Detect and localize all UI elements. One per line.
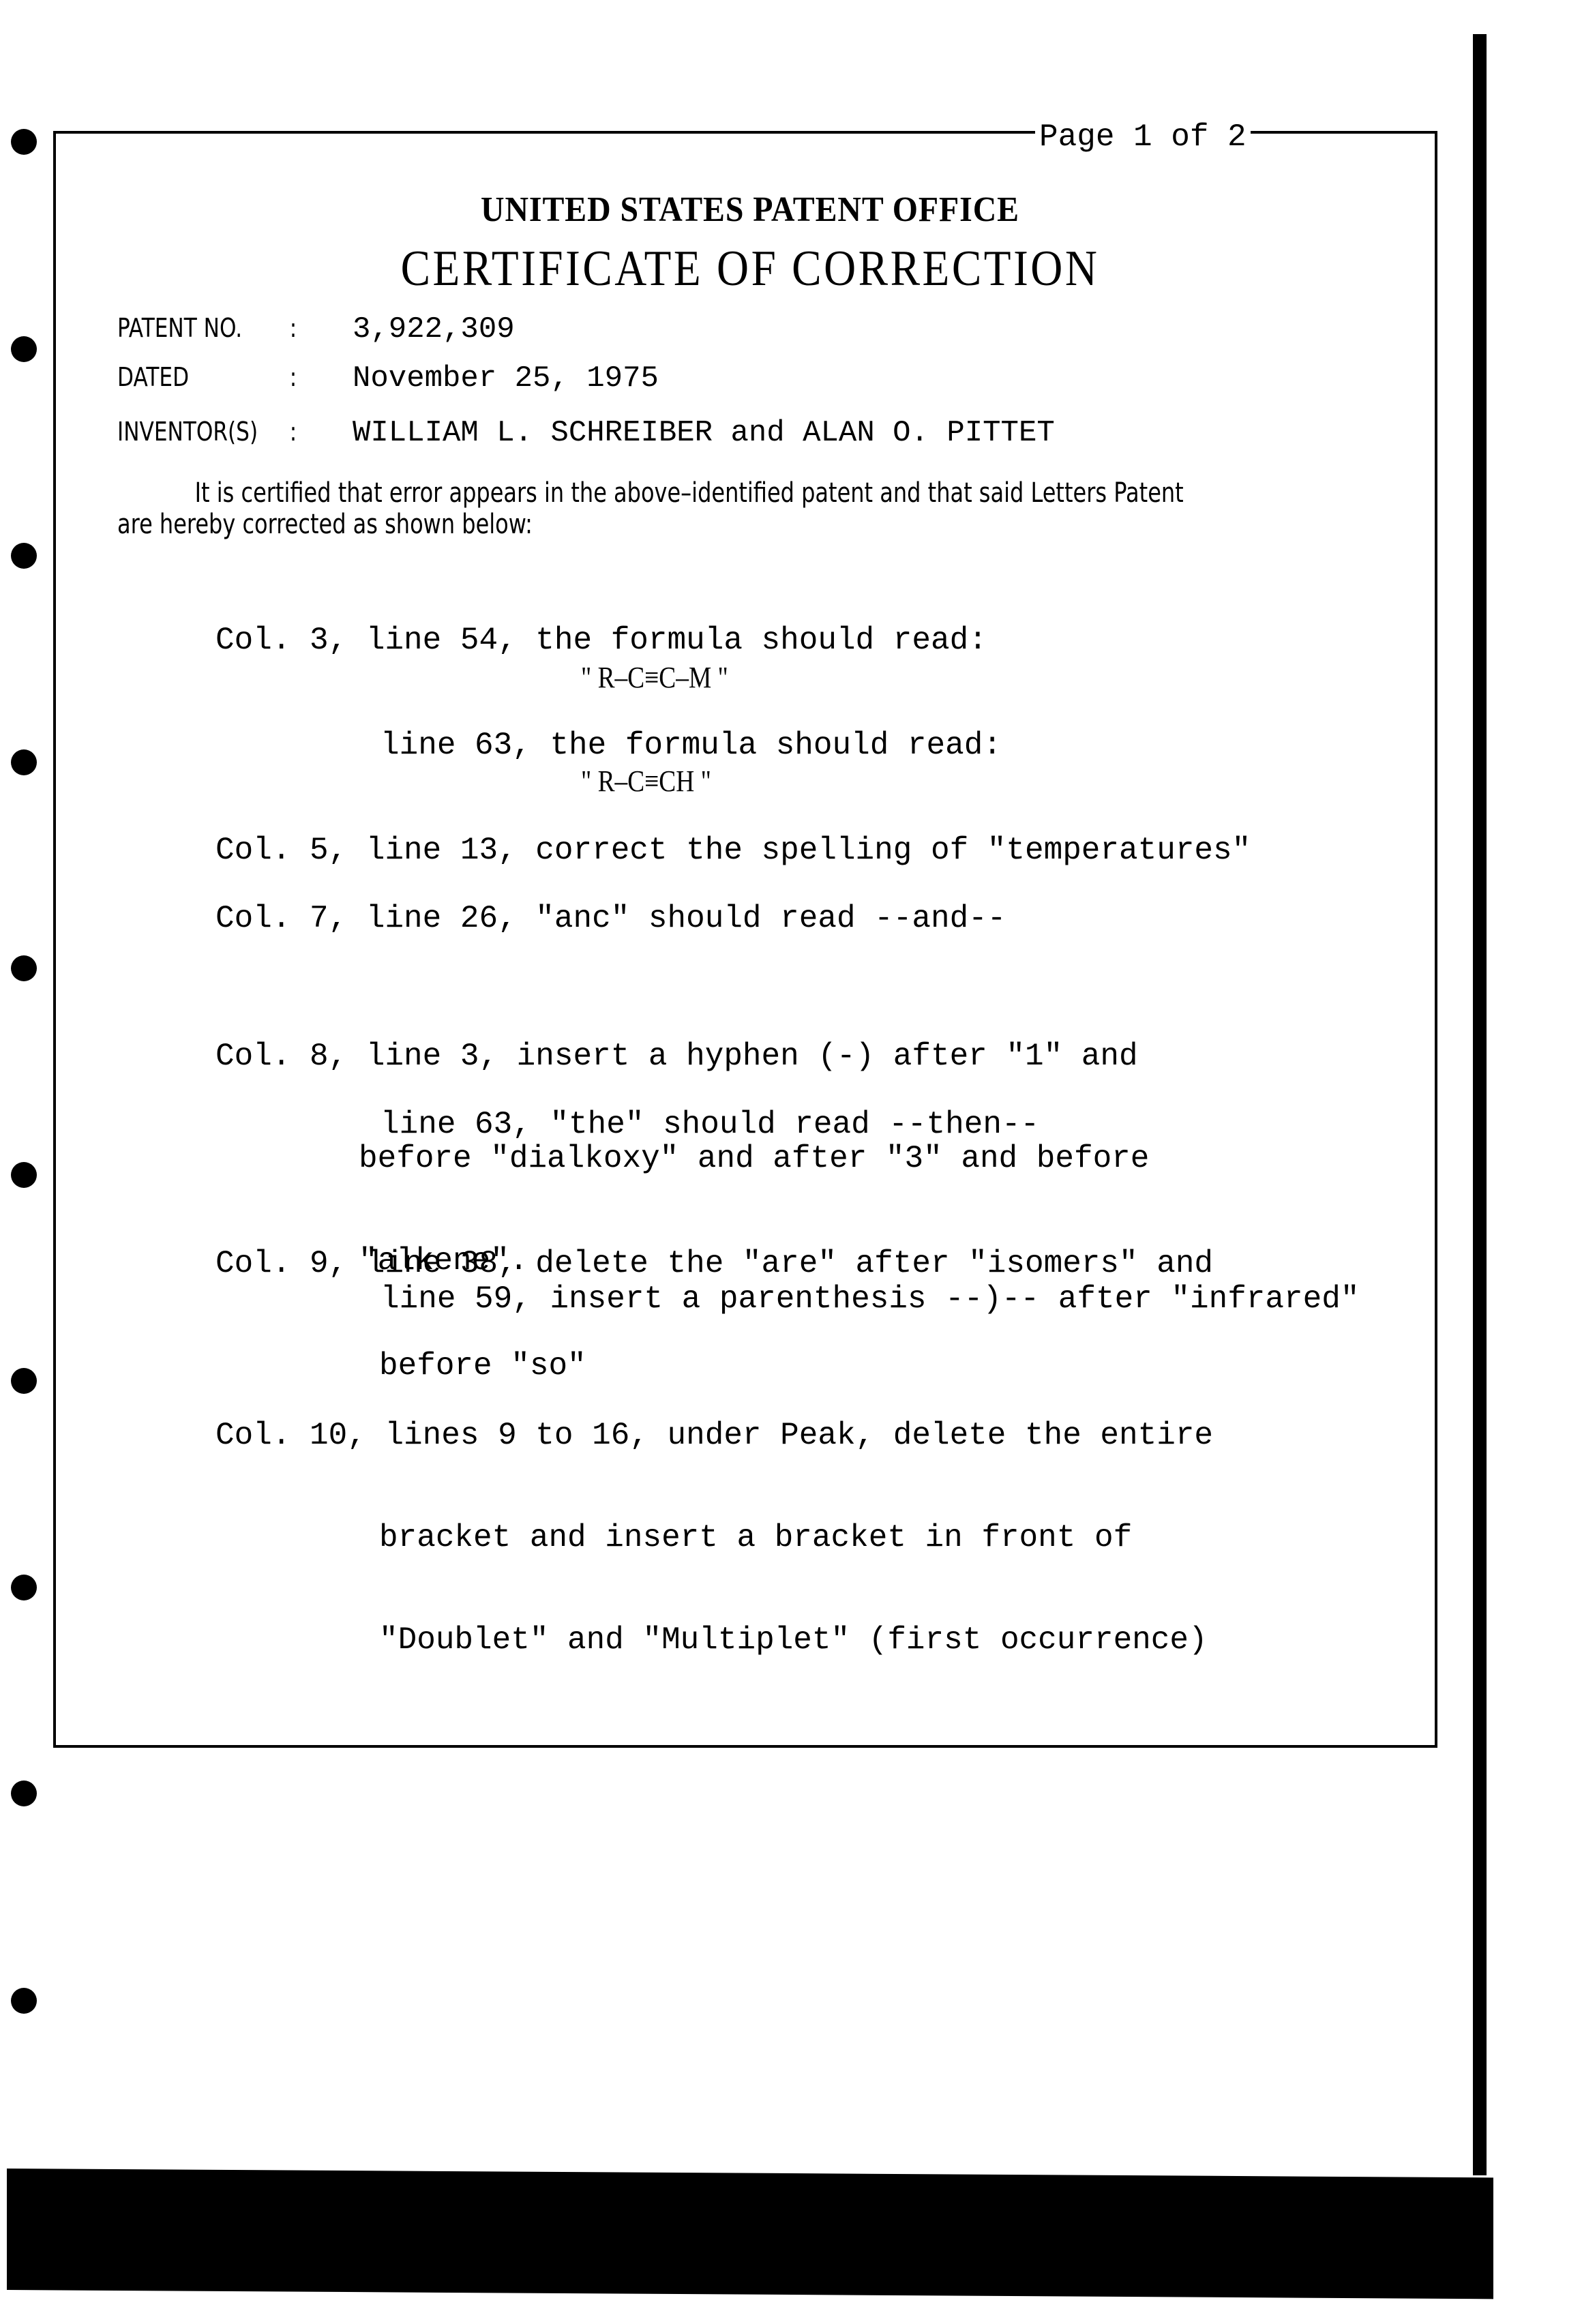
sprocket-hole	[11, 1368, 37, 1394]
correction-line: bracket and insert a bracket in front of	[215, 1521, 1213, 1555]
formula-col3-line63: " R–C≡CH "	[581, 764, 711, 799]
correction-col5-line13: Col. 5, line 13, correct the spelling of…	[215, 833, 1251, 867]
sprocket-hole	[11, 1781, 37, 1806]
correction-col7-line26: Col. 7, line 26, "anc" should read --and…	[215, 902, 1006, 936]
inventors-row: INVENTOR(S): WILLIAM L. SCHREIBER and AL…	[117, 416, 1055, 450]
office-heading: UNITED STATES PATENT OFFICE	[60, 190, 1440, 230]
patent-number-row: PATENT NO.: 3,922,309	[117, 312, 515, 346]
page-indicator: Page 1 of 2	[1035, 121, 1251, 153]
colon: :	[290, 417, 297, 447]
sprocket-hole	[11, 543, 37, 569]
scan-edge-bar	[1473, 34, 1487, 2175]
formula-col3-line54: " R–C≡C–M "	[581, 660, 728, 695]
correction-col8-line63: line 63, "the" should read --then--	[380, 1107, 1039, 1142]
colon: :	[290, 362, 297, 392]
sprocket-hole	[11, 749, 37, 775]
correction-line: Col. 10, lines 9 to 16, under Peak, dele…	[215, 1418, 1213, 1452]
sprocket-hole	[11, 336, 37, 362]
inventors-value: WILLIAM L. SCHREIBER and ALAN O. PITTET	[353, 416, 1055, 450]
sprocket-hole	[11, 1988, 37, 2014]
dated-value: November 25, 1975	[353, 361, 659, 396]
document-title: CERTIFICATE OF CORRECTION	[90, 240, 1410, 298]
dated-row: DATED: November 25, 1975	[117, 361, 659, 396]
inventors-label: INVENTOR(S)	[117, 417, 258, 447]
correction-col9-line59: line 59, insert a parenthesis --)-- afte…	[380, 1282, 1359, 1316]
patent-number-label: PATENT NO.	[117, 313, 242, 343]
sprocket-hole	[11, 129, 37, 155]
correction-col3-line54: Col. 3, line 54, the formula should read…	[215, 623, 987, 657]
correction-col3-line63: line 63, the formula should read:	[380, 728, 1002, 762]
sprocket-hole	[11, 1575, 37, 1600]
colon: :	[290, 313, 297, 343]
correction-col10-lines9-16: Col. 10, lines 9 to 16, under Peak, dele…	[215, 1350, 1213, 1691]
sprocket-hole	[11, 1162, 37, 1188]
correction-line: Col. 8, line 3, insert a hyphen (-) afte…	[215, 1039, 1149, 1073]
dated-label: DATED	[117, 362, 189, 392]
certification-statement: It is certified that error appears in th…	[117, 477, 1345, 540]
correction-line: "Doublet" and "Multiplet" (first occurre…	[215, 1623, 1213, 1657]
scan-bottom-band	[7, 2169, 1493, 2299]
correction-line: Col. 9, line 38, delete the "are" after …	[215, 1247, 1213, 1281]
correction-line: before "dialkoxy" and after "3" and befo…	[215, 1142, 1149, 1176]
certification-line-2: are hereby corrected as shown below:	[117, 509, 1345, 540]
certification-line-1: It is certified that error appears in th…	[117, 477, 1345, 509]
sprocket-hole	[11, 955, 37, 981]
patent-number-value: 3,922,309	[353, 312, 515, 346]
